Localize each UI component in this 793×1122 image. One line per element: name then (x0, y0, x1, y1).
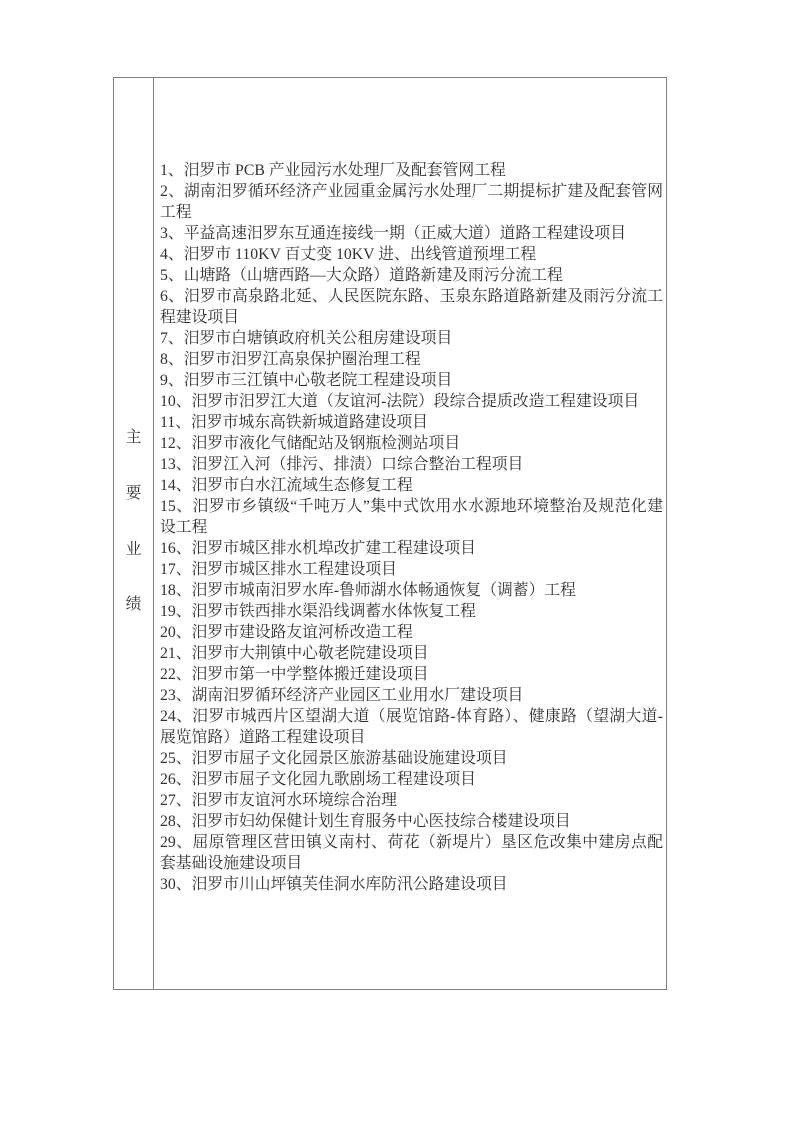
projects-cell: 1、汨罗市 PCB 产业园污水处理厂及配套管网工程2、湖南汨罗循环经济产业园重金… (154, 78, 666, 989)
list-item: 18、汨罗市城南汨罗水库-鲁师湖水体畅通恢复（调蓄）工程 (160, 580, 663, 601)
list-item: 29、屈原管理区营田镇义南村、荷花（新堤片）垦区危改集中建房点配套基础设施建设项… (160, 832, 663, 874)
list-item: 22、汨罗市第一中学整体搬迁建设项目 (160, 664, 663, 685)
list-item: 12、汨罗市液化气储配站及钢瓶检测站项目 (160, 433, 663, 454)
list-item: 25、汨罗市屈子文化园景区旅游基础设施建设项目 (160, 748, 663, 769)
list-item: 28、汨罗市妇幼保健计划生育服务中心医技综合楼建设项目 (160, 811, 663, 832)
performance-table: 主 要 业 绩 1、汨罗市 PCB 产业园污水处理厂及配套管网工程2、湖南汨罗循… (113, 77, 667, 990)
list-item: 19、汨罗市铁西排水渠沿线调蓄水体恢复工程 (160, 601, 663, 622)
list-item: 9、汨罗市三江镇中心敬老院工程建设项目 (160, 370, 663, 391)
list-item: 3、平益高速汨罗东互通连接线一期（正威大道）道路工程建设项目 (160, 223, 663, 244)
list-item: 26、汨罗市屈子文化园九歌剧场工程建设项目 (160, 769, 663, 790)
list-item: 8、汨罗市汨罗江高泉保护圈治理工程 (160, 349, 663, 370)
list-item: 23、湖南汨罗循环经济产业园区工业用水厂建设项目 (160, 685, 663, 706)
list-item: 16、汨罗市城区排水机埠改扩建工程建设项目 (160, 538, 663, 559)
list-item: 17、汨罗市城区排水工程建设项目 (160, 559, 663, 580)
list-item: 1、汨罗市 PCB 产业园污水处理厂及配套管网工程 (160, 160, 663, 181)
list-item: 2、湖南汨罗循环经济产业园重金属污水处理厂二期提标扩建及配套管网工程 (160, 181, 663, 223)
row-header-char: 要 (126, 486, 142, 502)
list-item: 14、汨罗市白水江流域生态修复工程 (160, 475, 663, 496)
list-item: 6、汨罗市高泉路北延、人民医院东路、玉泉东路道路新建及雨污分流工程建设项目 (160, 286, 663, 328)
list-item: 27、汨罗市友谊河水环境综合治理 (160, 790, 663, 811)
row-header-char: 主 (126, 430, 142, 446)
list-item: 4、汨罗市 110KV 百丈变 10KV 进、出线管道预埋工程 (160, 244, 663, 265)
list-item: 30、汨罗市川山坪镇芙佳洞水库防汛公路建设项目 (160, 874, 663, 895)
list-item: 10、汨罗市汨罗江大道（友谊河-法院）段综合提质改造工程建设项目 (160, 391, 663, 412)
list-item: 5、山塘路（山塘西路—大众路）道路新建及雨污分流工程 (160, 265, 663, 286)
row-header-cell: 主 要 业 绩 (114, 78, 154, 989)
row-header-char: 绩 (126, 597, 142, 613)
row-header-char: 业 (126, 542, 142, 558)
document-page: 主 要 业 绩 1、汨罗市 PCB 产业园污水处理厂及配套管网工程2、湖南汨罗循… (0, 0, 793, 1122)
list-item: 13、汨罗江入河（排污、排渍）口综合整治工程项目 (160, 454, 663, 475)
list-item: 15、汨罗市乡镇级“千吨万人”集中式饮用水水源地环境整治及规范化建设工程 (160, 496, 663, 538)
list-item: 7、汨罗市白塘镇政府机关公租房建设项目 (160, 328, 663, 349)
list-item: 24、汨罗市城西片区望湖大道（展览馆路-体育路）、健康路（望湖大道-展览馆路）道… (160, 706, 663, 748)
list-item: 20、汨罗市建设路友谊河桥改造工程 (160, 622, 663, 643)
list-item: 11、汨罗市城东高铁新城道路建设项目 (160, 412, 663, 433)
list-item: 21、汨罗市大荆镇中心敬老院建设项目 (160, 643, 663, 664)
